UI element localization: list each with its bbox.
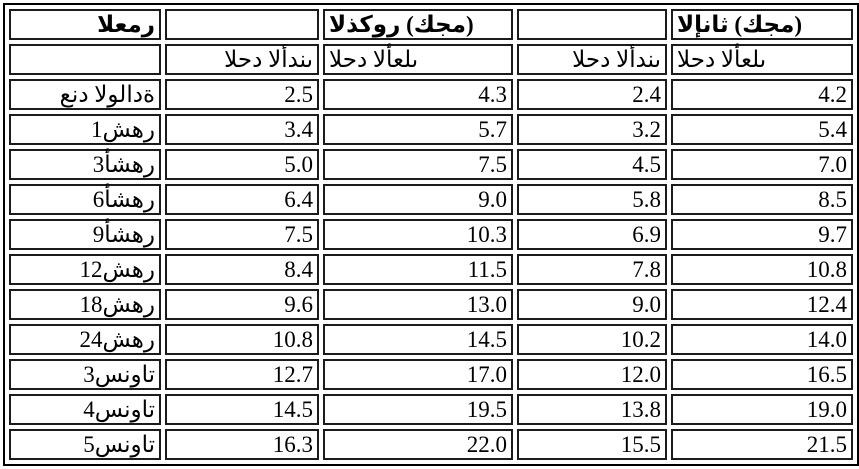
age-cell: 4سنوات: [9, 394, 161, 425]
male-min-cell: 5.0: [165, 149, 319, 180]
male-max-cell: 5.7: [323, 114, 513, 145]
female-min-cell: 6.9: [517, 219, 667, 250]
table-row: 3أشهر 5.0 7.5 4.5 7.0: [9, 149, 853, 180]
female-max-cell: 8.5: [671, 184, 853, 215]
age-cell: 3أشهر: [9, 149, 161, 180]
female-min-cell: 9.0: [517, 289, 667, 320]
male-max-cell: 10.3: [323, 219, 513, 250]
female-min-header: الحد الأدنى: [517, 44, 667, 75]
age-header-spacer: [9, 44, 161, 75]
female-max-cell: 19.0: [671, 394, 853, 425]
male-min-cell: 14.5: [165, 394, 319, 425]
table-row: 9أشهر 7.5 10.3 6.9 9.7: [9, 219, 853, 250]
male-min-cell: 12.7: [165, 359, 319, 390]
table-row: 18شهر 9.6 13.0 9.0 12.4: [9, 289, 853, 320]
female-max-cell: 16.5: [671, 359, 853, 390]
table-row: 24شهر 10.8 14.5 10.2 14.0: [9, 324, 853, 355]
female-max-cell: 7.0: [671, 149, 853, 180]
female-min-cell: 2.4: [517, 79, 667, 110]
male-max-cell: 22.0: [323, 429, 513, 460]
females-group-header: الإناث (كجم): [671, 9, 853, 40]
age-cell: 9أشهر: [9, 219, 161, 250]
female-max-cell: 5.4: [671, 114, 853, 145]
female-min-cell: 13.8: [517, 394, 667, 425]
male-min-cell: 3.4: [165, 114, 319, 145]
female-min-cell: 7.8: [517, 254, 667, 285]
male-max-cell: 4.3: [323, 79, 513, 110]
female-min-cell: 12.0: [517, 359, 667, 390]
female-max-cell: 12.4: [671, 289, 853, 320]
male-min-cell: 7.5: [165, 219, 319, 250]
table-row: عند الولادة 2.5 4.3 2.4 4.2: [9, 79, 853, 110]
female-min-header-spacer: [517, 9, 667, 40]
female-max-cell: 21.5: [671, 429, 853, 460]
male-min-cell: 9.6: [165, 289, 319, 320]
age-cell: 12شهر: [9, 254, 161, 285]
male-min-cell: 16.3: [165, 429, 319, 460]
age-column-header: العمر: [9, 9, 161, 40]
female-min-cell: 4.5: [517, 149, 667, 180]
table-row: 6أشهر 6.4 9.0 5.8 8.5: [9, 184, 853, 215]
table-row: 4سنوات 14.5 19.5 13.8 19.0: [9, 394, 853, 425]
page: العمر الذكور (كجم) الإناث (كجم) الحد الأ…: [0, 0, 859, 466]
female-max-cell: 4.2: [671, 79, 853, 110]
male-max-cell: 17.0: [323, 359, 513, 390]
male-max-cell: 7.5: [323, 149, 513, 180]
limit-header-row: الحد الأدنى الحد الأعلى الحد الأدنى الحد…: [9, 44, 853, 75]
female-min-cell: 5.8: [517, 184, 667, 215]
male-max-cell: 9.0: [323, 184, 513, 215]
table-row: 1شهر 3.4 5.7 3.2 5.4: [9, 114, 853, 145]
males-group-header: الذكور (كجم): [323, 9, 513, 40]
age-cell: 24شهر: [9, 324, 161, 355]
child-weight-table: العمر الذكور (كجم) الإناث (كجم) الحد الأ…: [3, 3, 859, 466]
female-max-cell: 10.8: [671, 254, 853, 285]
male-min-header: الحد الأدنى: [165, 44, 319, 75]
male-min-cell: 6.4: [165, 184, 319, 215]
age-cell: 6أشهر: [9, 184, 161, 215]
group-header-row: العمر الذكور (كجم) الإناث (كجم): [9, 9, 853, 40]
table-row: 5سنوات 16.3 22.0 15.5 21.5: [9, 429, 853, 460]
male-max-cell: 19.5: [323, 394, 513, 425]
male-max-header: الحد الأعلى: [323, 44, 513, 75]
male-max-cell: 14.5: [323, 324, 513, 355]
female-max-cell: 14.0: [671, 324, 853, 355]
table-row: 3سنوات 12.7 17.0 12.0 16.5: [9, 359, 853, 390]
male-max-cell: 13.0: [323, 289, 513, 320]
age-cell: 1شهر: [9, 114, 161, 145]
female-min-cell: 15.5: [517, 429, 667, 460]
female-max-cell: 9.7: [671, 219, 853, 250]
female-min-cell: 3.2: [517, 114, 667, 145]
age-cell: 5سنوات: [9, 429, 161, 460]
male-min-header-spacer: [165, 9, 319, 40]
age-cell: 18شهر: [9, 289, 161, 320]
table-row: 12شهر 8.4 11.5 7.8 10.8: [9, 254, 853, 285]
age-cell: 3سنوات: [9, 359, 161, 390]
male-min-cell: 8.4: [165, 254, 319, 285]
male-min-cell: 2.5: [165, 79, 319, 110]
female-max-header: الحد الأعلى: [671, 44, 853, 75]
female-min-cell: 10.2: [517, 324, 667, 355]
male-max-cell: 11.5: [323, 254, 513, 285]
age-cell: عند الولادة: [9, 79, 161, 110]
table-body: عند الولادة 2.5 4.3 2.4 4.2 1شهر 3.4 5.7…: [9, 79, 853, 460]
male-min-cell: 10.8: [165, 324, 319, 355]
